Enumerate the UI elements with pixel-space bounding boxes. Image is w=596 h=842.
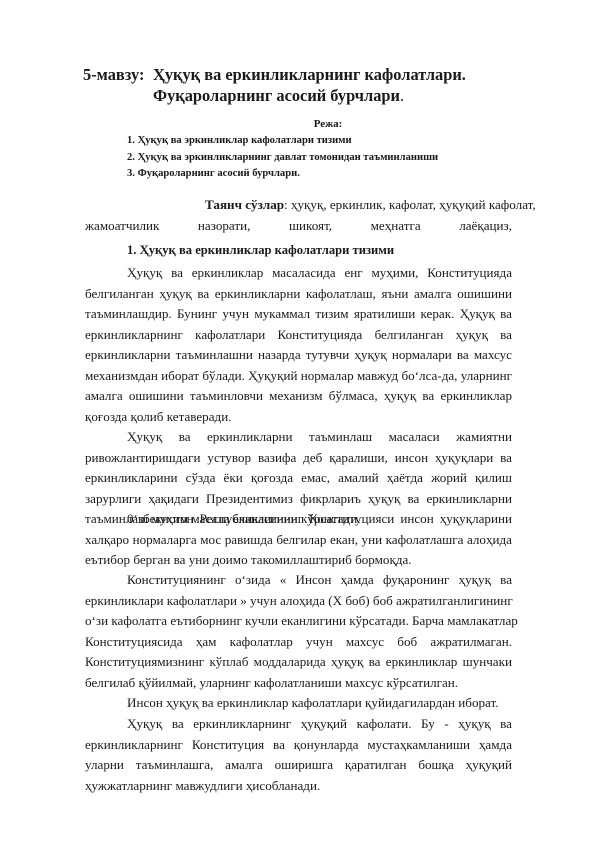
text-line: механизмдан иборат бўлади. Ҳуқуқий норма… bbox=[85, 366, 512, 387]
paragraph-4: Конституциянинг о‘зида « Инсон ҳамда фуқ… bbox=[85, 570, 512, 693]
text-line: амалга ошишини таъминловчи механизм бўлм… bbox=[85, 386, 512, 407]
paragraph-5: Инсон ҳуқуқ ва еркинликлар кафолатлари қ… bbox=[85, 693, 512, 714]
text-line: Ҳуқуқ ва еркинликлар масаласида енг муҳи… bbox=[85, 263, 512, 284]
document-page: 5-мавзу:Ҳуқуқ ва еркинликларнинг кафолат… bbox=[0, 0, 596, 842]
topic-title: 5-мавзу:Ҳуқуқ ва еркинликларнинг кафолат… bbox=[83, 63, 466, 86]
text-line: еркинликларнинг Конституция ва қонунлард… bbox=[85, 735, 512, 756]
text-line: еркинликлари кафолатлари » учун алоҳида … bbox=[85, 591, 512, 612]
text-line: белгиланган ҳуқуқ ва еркинликларни кафол… bbox=[85, 284, 512, 305]
text-line: белгилаб қўйилмай, уларнинг кафолатланиш… bbox=[85, 673, 512, 694]
text-line: ҳужжатларнинг мавжудлиги ҳисобланади. bbox=[85, 776, 512, 797]
keywords-block: Таянч сўзлар: ҳуқуқ, еркинлик, кафолат, … bbox=[85, 195, 512, 236]
text-line: 0‘збекистон Республикасининг Конституция… bbox=[85, 509, 512, 530]
topic-title-line-2: Фуқароларнинг асосий бурчлари. bbox=[153, 86, 404, 106]
text-line: уларни таъминлашга, амалга оширишга қара… bbox=[85, 755, 512, 776]
text-line: зарурлиги ҳақидаги Президентимиз фикрлар… bbox=[85, 489, 512, 510]
text-line: қоғозда қолиб кетаверади. bbox=[85, 407, 512, 428]
text-line: халқаро нормаларга мос равишда белгилар … bbox=[85, 530, 512, 551]
text-line: ривожлантиришдаги устувор вазифа деб қар… bbox=[85, 448, 512, 469]
plan-item: 1. Ҳуқуқ ва эркинликлар кафолатлари тизи… bbox=[127, 133, 438, 150]
text-line: еркинликларнинг кафолатлари Конституцияд… bbox=[85, 325, 512, 346]
text-line: Ҳуқуқ ва еркинликларнинг ҳуқуқий кафолат… bbox=[85, 714, 512, 735]
text-line: Ҳуқуқ ва еркинликларни таъминлаш масалас… bbox=[85, 427, 512, 448]
topic-number-label: 5-мавзу: bbox=[83, 63, 153, 86]
text-line: еътибор берган ва уни доимо такомиллашти… bbox=[85, 550, 512, 571]
text-line: еркинликларини сўзда ёки қоғозда емас, а… bbox=[85, 468, 512, 489]
paragraph-6: Ҳуқуқ ва еркинликларнинг ҳуқуқий кафолат… bbox=[85, 714, 512, 796]
keywords-list-part-1: : ҳуқуқ, еркинлик, кафолат, ҳуқуқий кафо… bbox=[284, 197, 536, 212]
text-line: еркинликларни таъминлашни назарда тутувч… bbox=[85, 345, 512, 366]
topic-title-line-1: Ҳуқуқ ва еркинликларнинг кафолатлари. bbox=[153, 65, 466, 84]
paragraph-3: 0‘збекистон Республикасининг Конституция… bbox=[85, 509, 512, 571]
plan-item: 3. Фуқароларнинг асосий бурчлари. bbox=[127, 166, 438, 183]
plan-heading: Режа: bbox=[0, 118, 596, 130]
keywords-label: Таянч сўзлар bbox=[205, 197, 284, 212]
keywords-list-part-2: жамоатчилик назорати, шикоят, меҳнатга л… bbox=[85, 216, 512, 237]
section-heading: 1. Ҳуқуқ ва еркинликлар кафолатлари тизи… bbox=[127, 243, 394, 258]
text-line: Конституциямизнинг кўплаб моддаларида ҳу… bbox=[85, 652, 512, 673]
text-line: о‘зи кафолатга еътиборнинг кучли еканлиг… bbox=[85, 611, 512, 632]
text-line: Конституциянинг о‘зида « Инсон ҳамда фуқ… bbox=[85, 570, 512, 591]
text-line: таъминлашдир. Бунинг учун мукаммал тизим… bbox=[85, 304, 512, 325]
plan-item: 2. Ҳуқуқ ва эркинликларнинг давлат томон… bbox=[127, 150, 438, 167]
text-line: Инсон ҳуқуқ ва еркинликлар кафолатлари қ… bbox=[85, 693, 512, 714]
plan-list: 1. Ҳуқуқ ва эркинликлар кафолатлари тизи… bbox=[127, 133, 438, 183]
paragraph-1: Ҳуқуқ ва еркинликлар масаласида енг муҳи… bbox=[85, 263, 512, 427]
text-line: Конституциясида ҳам кафолатлар учун махс… bbox=[85, 632, 512, 653]
